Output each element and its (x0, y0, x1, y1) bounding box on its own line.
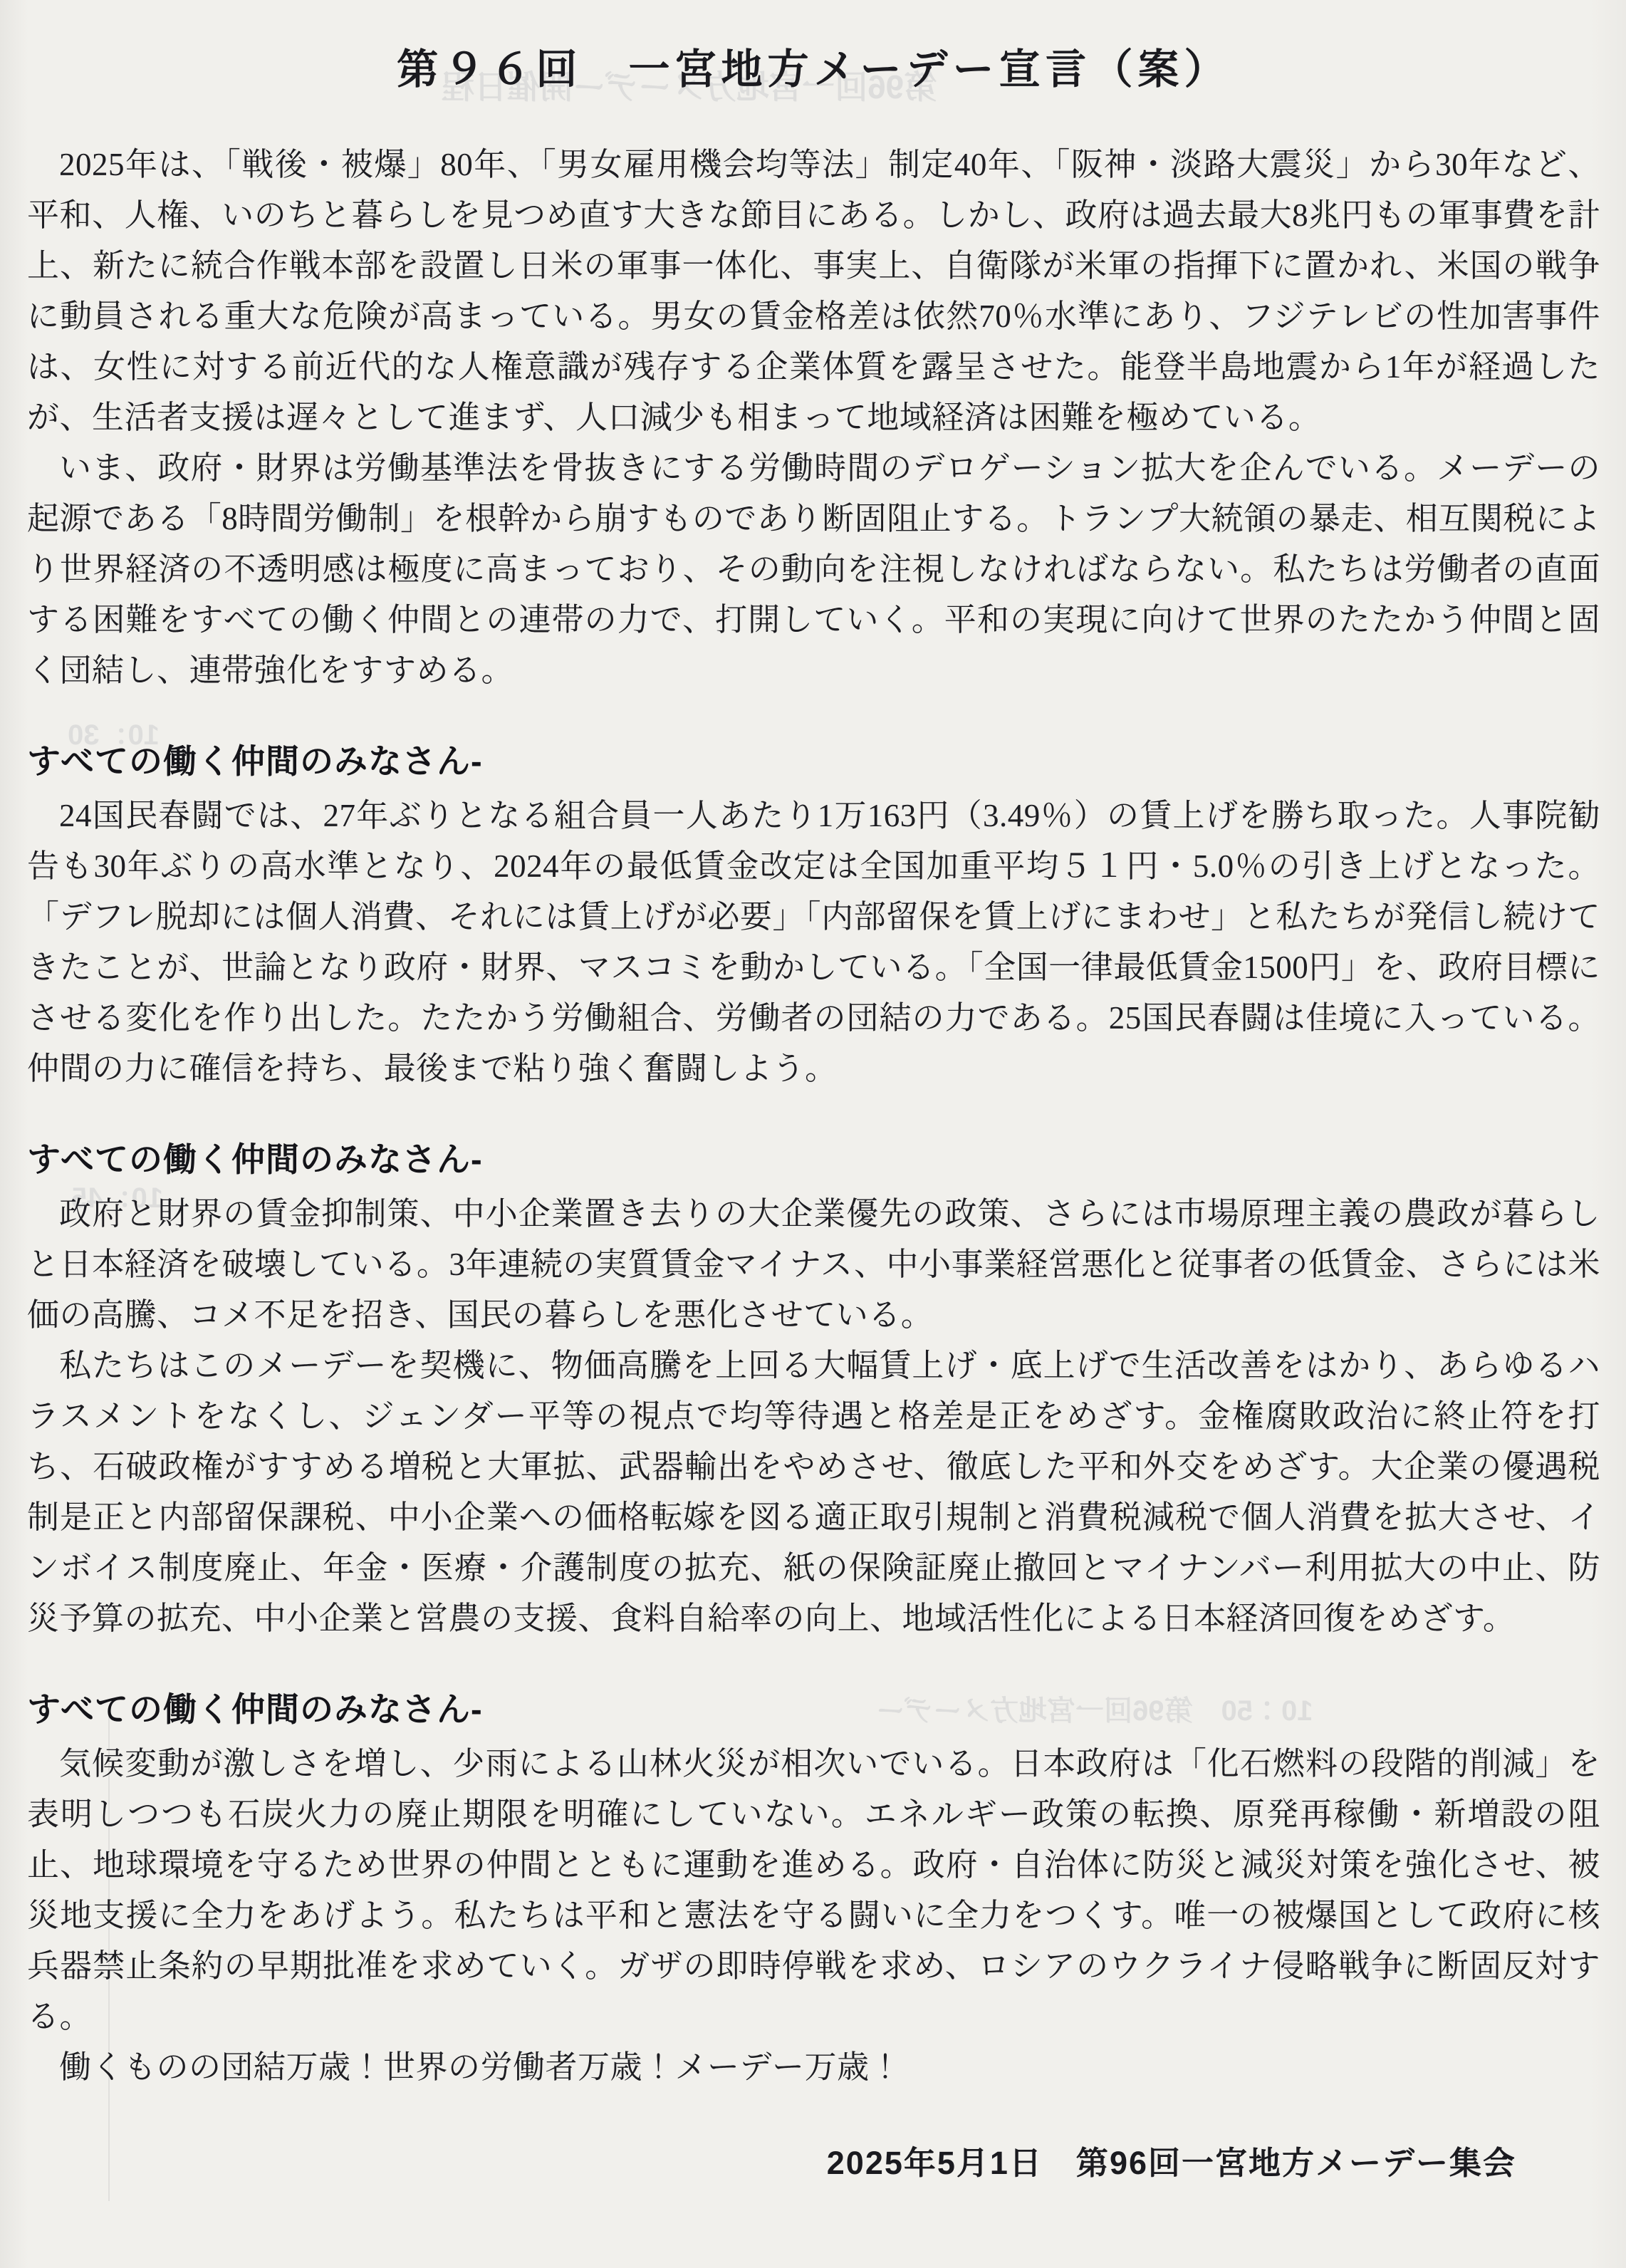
paragraph: いま、政府・財界は労働基準法を骨抜きにする労働時間のデロゲーション拡大を企んでい… (27, 443, 1600, 696)
paragraph: 働くものの団結万歳！世界の労働者万歳！メーデー万歳！ (27, 2042, 1600, 2093)
scanned-document: { "page": { "title": "第９６回 一宮地方メーデー宣言（案）… (0, 0, 1626, 2268)
paragraph: 24国民春闘では、27年ぶりとなる組合員一人あたり1万163円（3.49％）の賃… (27, 791, 1600, 1094)
section-heading: すべての働く仲間のみなさん- (27, 736, 1600, 786)
section-heading: すべての働く仲間のみなさん- (27, 1684, 1600, 1734)
document-body: 2025年は、「戦後・被爆」80年、「男女雇用機会均等法」制定40年、「阪神・淡… (27, 140, 1600, 2093)
paragraph: 私たちはこのメーデーを契機に、物価高騰を上回る大幅賃上げ・底上げで生活改善をはか… (27, 1341, 1600, 1644)
paragraph: 政府と財界の賃金抑制策、中小企業置き去りの大企業優先の政策、さらには市場原理主義… (27, 1189, 1600, 1341)
paragraph: 2025年は、「戦後・被爆」80年、「男女雇用機会均等法」制定40年、「阪神・淡… (27, 140, 1600, 443)
document-page: 第９６回 一宮地方メーデー宣言（案） 2025年は、「戦後・被爆」80年、「男女… (0, 0, 1626, 2268)
section-heading: すべての働く仲間のみなさん- (27, 1134, 1600, 1185)
document-footer: 2025年5月1日 第96回一宮地方メーデー集会 (27, 2137, 1600, 2183)
paragraph: 気候変動が激しさを増し、少雨による山林火災が相次いでいる。日本政府は「化石燃料の… (27, 1739, 1600, 2042)
document-title: 第９６回 一宮地方メーデー宣言（案） (27, 36, 1600, 95)
